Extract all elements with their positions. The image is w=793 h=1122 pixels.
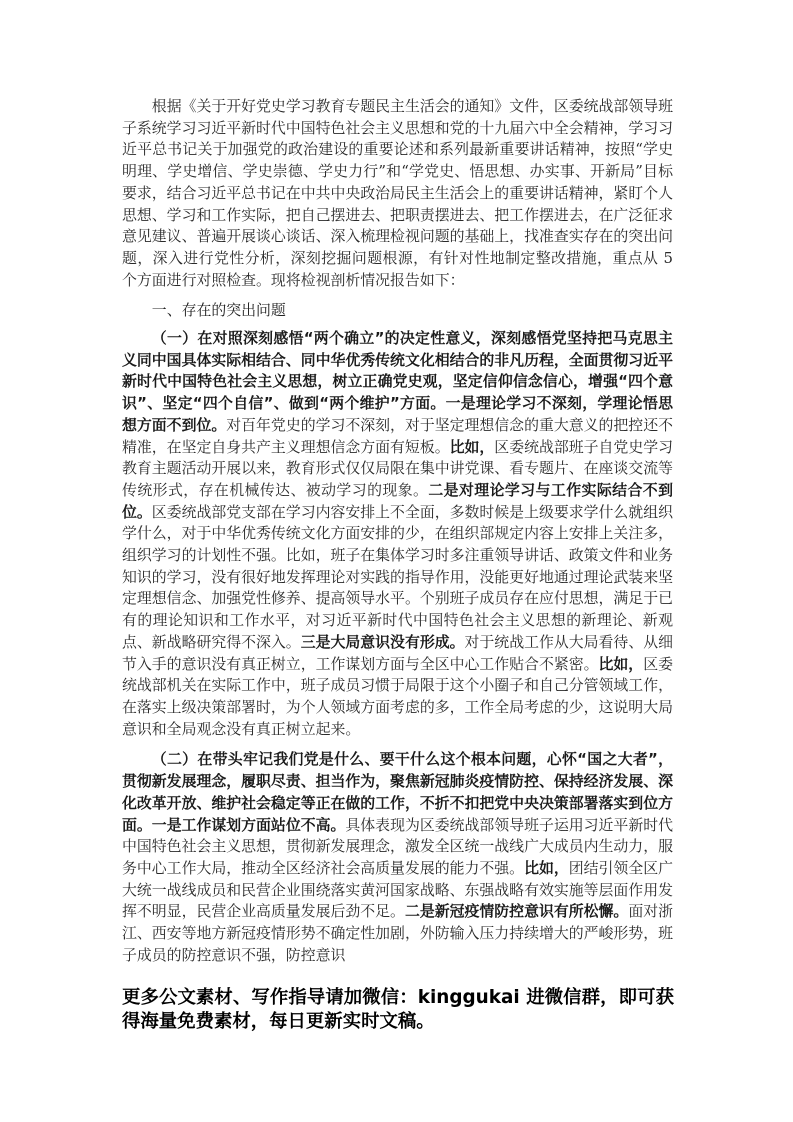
document-body: 根据《关于开好党史学习教育专题民主生活会的通知》文件，区委统战部领导班子系统学习…	[122, 96, 673, 975]
section-1-paragraph: （一）在对照深刻感悟“两个确立”的决定性意义，深刻感悟党坚持把马克思主义同中国具…	[122, 328, 673, 740]
section-2-point-1-example-label: 比如，	[524, 859, 569, 877]
section-1-point-3-lead: 三是大局意识没有形成。	[301, 633, 465, 651]
promo-banner-text: 更多公文素材、写作指导请加微信：kinggukai 进微信群，即可获得海量免费素…	[122, 986, 674, 1034]
section-1-point-3-example-label: 比如，	[599, 655, 644, 673]
section-2-point-2-lead: 二是新冠疫情防控意识有所松懈。	[405, 902, 628, 920]
section-1-point-1-example-label: 比如，	[450, 438, 495, 456]
intro-paragraph: 根据《关于开好党史学习教育专题民主生活会的通知》文件，区委统战部领导班子系统学习…	[122, 96, 673, 291]
section-1-point-2-text: 区委统战部党支部在学习内容安排上不全面，多数时候是上级要求学什么就组织学什么，对…	[122, 503, 673, 651]
section-2-paragraph: （二）在带头牢记我们党是什么、要干什么这个根本问题，心怀“国之大者”，贯彻新发展…	[122, 749, 673, 966]
section-heading-problems: 一、存在的突出问题	[122, 300, 673, 322]
section-2-point-1-lead: 一是工作谋划方面站位不高。	[152, 816, 346, 834]
